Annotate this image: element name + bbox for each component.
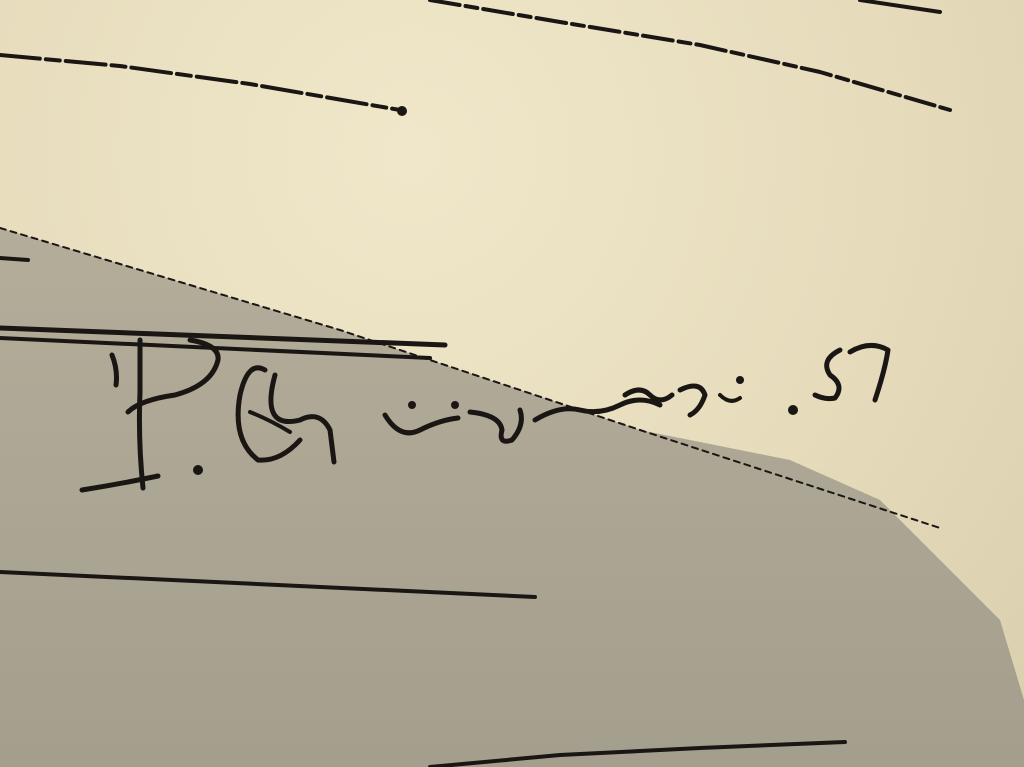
photograph: P. Chrismesi .57 bbox=[0, 0, 1024, 767]
ink-strokes bbox=[0, 0, 1024, 767]
